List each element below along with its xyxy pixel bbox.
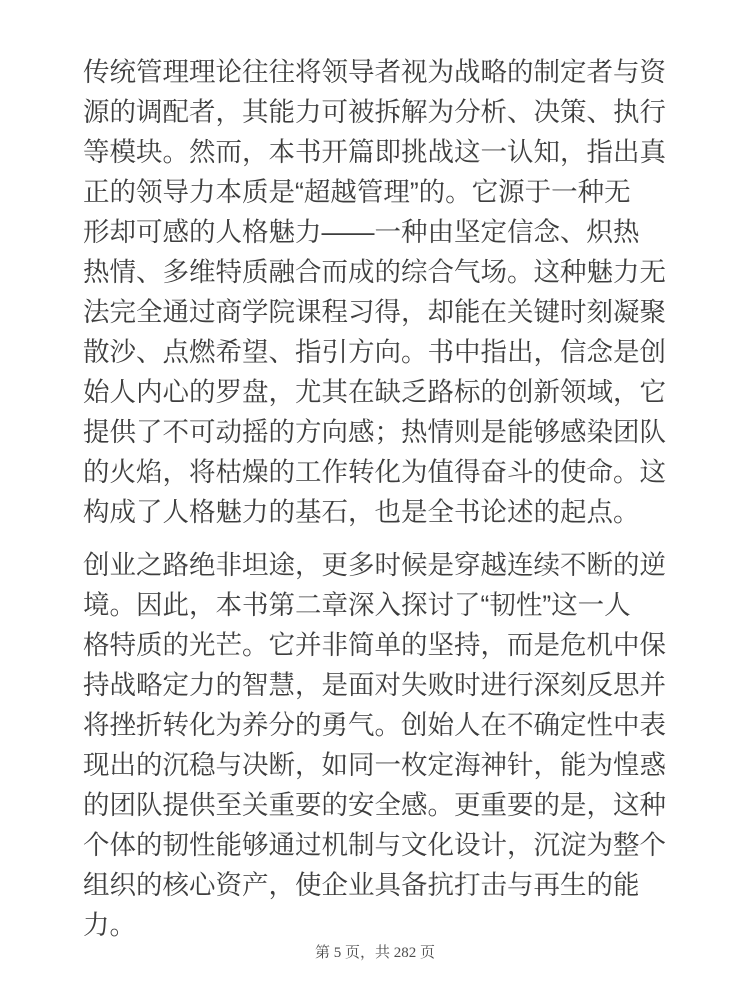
paragraph: 传统管理理论往往将领导者视为战略的制定者与资 源的调配者，其能力可被拆解为分析、…	[83, 52, 675, 532]
paragraph: 创业之路绝非坦途，更多时候是穿越连续不断的逆 境。因此，本书第二章深入探讨了“韧…	[83, 545, 675, 945]
page-footer: 第 5 页，共 282 页	[0, 943, 750, 963]
page-body-text: 传统管理理论往往将领导者视为战略的制定者与资 源的调配者，其能力可被拆解为分析、…	[83, 52, 675, 958]
document-page: 传统管理理论往往将领导者视为战略的制定者与资 源的调配者，其能力可被拆解为分析、…	[0, 0, 750, 1000]
page-indicator: 第 5 页，共 282 页	[315, 945, 435, 961]
